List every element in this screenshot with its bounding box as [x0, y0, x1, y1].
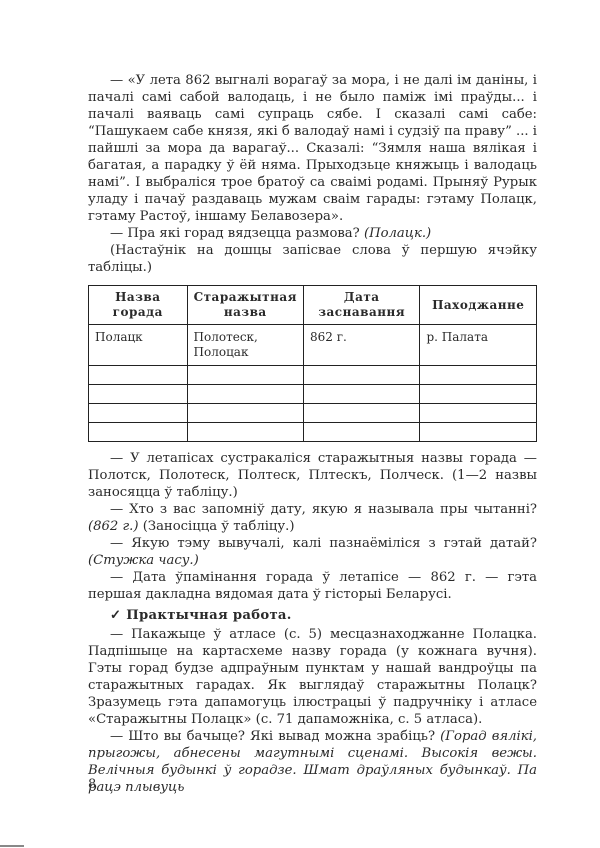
question-text: — Што вы бачыце? Які вывад можна зрабіць…	[110, 729, 440, 744]
table-cell	[304, 423, 420, 442]
table-cell	[420, 366, 537, 385]
answer-text: (862 г.)	[88, 519, 139, 534]
header-city-name: Назва горада	[89, 286, 188, 325]
table-cell: Полотеск, Полоцак	[187, 325, 303, 366]
table-cell	[89, 366, 188, 385]
table-cell	[187, 423, 303, 442]
question-paragraph: — Пра які горад вядзецца размова? (Полац…	[88, 225, 537, 242]
table-cell	[187, 366, 303, 385]
table-cell	[187, 385, 303, 404]
chronicle-quote: — «У лета 862 выгналі ворагаў за мора, і…	[88, 72, 537, 225]
cities-table: Назва горада Старажытная назва Дата засн…	[88, 285, 537, 442]
ancient-names-paragraph: — У летапісах сустракаліся старажытныя н…	[88, 450, 537, 501]
question-text: — Пра які горад вядзецца размова?	[110, 226, 364, 241]
table-cell	[420, 385, 537, 404]
page-number: 8	[88, 777, 96, 792]
header-ancient-name: Старажытная назва	[187, 286, 303, 325]
table-row	[89, 385, 537, 404]
table-cell	[89, 404, 188, 423]
table-cell	[304, 366, 420, 385]
question-text: — Хто з вас запомніў дату, якую я называ…	[110, 502, 537, 517]
table-header-row: Назва горада Старажытная назва Дата засн…	[89, 286, 537, 325]
first-date-paragraph: — Дата ўпамінання горада ў летапісе — 86…	[88, 569, 537, 603]
question-text: — Якую тэму вывучалі, калі пазнаёміліся …	[110, 536, 537, 551]
table-cell	[89, 423, 188, 442]
scan-edge-mark	[0, 845, 24, 847]
checkmark-icon: ✓	[110, 608, 121, 623]
section-heading: ✓ Практычная работа.	[88, 607, 537, 624]
teacher-note: (Настаўнік на дошцы запісвае слова ў пер…	[88, 242, 537, 276]
table-cell	[304, 385, 420, 404]
table-cell	[304, 404, 420, 423]
atlas-task-paragraph: — Пакажыце ў атласе (с. 5) месцазнаходжа…	[88, 626, 537, 728]
answer-text: (Полацк.)	[364, 226, 431, 241]
topic-question-paragraph: — Якую тэму вывучалі, калі пазнаёміліся …	[88, 535, 537, 569]
date-question-paragraph: — Хто з вас запомніў дату, якую я называ…	[88, 501, 537, 535]
header-origin: Паходжанне	[420, 286, 537, 325]
table-cell	[420, 404, 537, 423]
table-cell	[420, 423, 537, 442]
table-row	[89, 366, 537, 385]
header-founding-date: Дата заснавання	[304, 286, 420, 325]
page-body: — «У лета 862 выгналі ворагаў за мора, і…	[88, 72, 537, 796]
conclusion-question-paragraph: — Што вы бачыце? Які вывад можна зрабіць…	[88, 728, 537, 796]
table-cell: 862 г.	[304, 325, 420, 366]
table-cell	[89, 385, 188, 404]
table-row: Полацк Полотеск, Полоцак 862 г. р. Палат…	[89, 325, 537, 366]
table-row	[89, 423, 537, 442]
table-cell: Полацк	[89, 325, 188, 366]
answer-text: (Стужка часу.)	[88, 553, 199, 568]
section-heading-text: Практычная работа.	[126, 608, 291, 623]
table-cell	[187, 404, 303, 423]
note-text: (Заносіцца ў табліцу.)	[139, 519, 295, 534]
table-cell: р. Палата	[420, 325, 537, 366]
table-row	[89, 404, 537, 423]
